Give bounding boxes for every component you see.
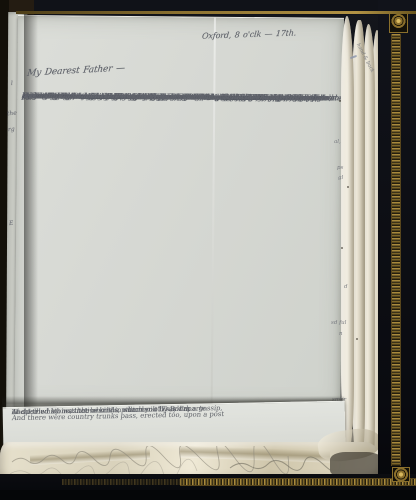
- ink-spot: [356, 338, 358, 340]
- edge-ink-fragment: gl: [338, 175, 343, 181]
- gold-tooled-border-horizontal: [180, 478, 416, 486]
- edge-ink-fragment: n: [339, 331, 343, 337]
- gold-tooled-border-vertical: [391, 34, 401, 466]
- gold-fillet-line: [16, 11, 416, 14]
- ink-spot: [347, 186, 349, 188]
- gold-tooled-border-horizontal-faint: [62, 479, 182, 485]
- edge-ink-fragment: d: [344, 284, 348, 290]
- gold-corner-ornament: [392, 467, 410, 482]
- paper-crease: [210, 18, 215, 409]
- page-edge: [341, 16, 354, 452]
- gutter-shadow: [24, 14, 38, 454]
- left-ink-fragment: rg: [8, 126, 15, 134]
- ink-spot: [341, 247, 343, 249]
- ink-spot: [339, 100, 341, 102]
- photo-bottom-edge: [0, 490, 416, 500]
- gold-rosette-ornament: [389, 11, 408, 33]
- edge-ink-fragment: al,: [334, 139, 341, 145]
- left-ink-fragment: E: [9, 220, 14, 227]
- left-ink-fragment: the: [7, 110, 17, 118]
- left-ink-fragment: l: [11, 80, 14, 87]
- letter-line: repeating the same interesting operation…: [21, 90, 327, 104]
- edge-ink-fragment: ps: [337, 165, 343, 171]
- edge-ink-fragment: sd ful: [331, 320, 346, 326]
- album-page-photo: l the rg E Oxford, 8 o'clk — 17th. My De…: [0, 0, 416, 500]
